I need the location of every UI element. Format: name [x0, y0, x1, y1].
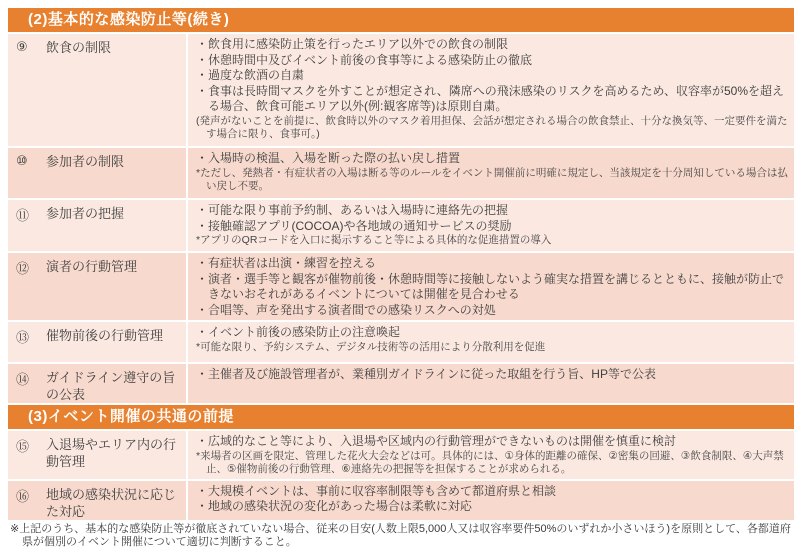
row-content: ・入場時の検温、入場を断った際の払い戻し措置 *ただし、発熱者・有症状者の入場は… [186, 148, 794, 198]
content-line: ・合唱等、声を発出する演者間での感染リスクへの対処 [196, 303, 788, 319]
content-line: ・休憩時間中及びイベント前後の食事等による感染防止の徹底 [196, 53, 788, 69]
content-line: ・主催者及び施設管理者が、業種別ガイドラインに従った取組を行う旨、HP等で公表 [196, 367, 788, 383]
table-row: ⑬ 催物前後の行動管理 ・イベント前後の感染防止の注意喚起 *可能な限り、予約シ… [8, 322, 794, 362]
row-label: 飲食の制限 [42, 34, 186, 146]
table-row: ⑫ 演者の行動管理 ・有症状者は出演・練習を控える ・演者・選手等と観客が催物前… [8, 253, 794, 320]
content-line: ・有症状者は出演・練習を控える [196, 256, 788, 272]
table-row: ⑩ 参加者の制限 ・入場時の検温、入場を断った際の払い戻し措置 *ただし、発熱者… [8, 148, 794, 198]
row-label: 演者の行動管理 [42, 253, 186, 320]
table-row: ⑮ 入退場やエリア内の行動管理 ・広域的なこと等により、入退場や区域内の行動管理… [8, 431, 794, 479]
row-number: ⑩ [8, 148, 42, 198]
row-number: ⑯ [8, 481, 42, 520]
content-note-line: (発声がないことを前提に、飲食時以外のマスク着用担保、会話が想定される場合の飲食… [196, 115, 788, 142]
row-content: ・有症状者は出演・練習を控える ・演者・選手等と観客が催物前後・休憩時間等に接触… [186, 253, 794, 320]
row-number: ⑮ [8, 431, 42, 479]
content-note-line: *可能な限り、予約システム、デジタル技術等の活用により分散利用を促進 [196, 341, 788, 355]
row-number: ⑨ [8, 34, 42, 146]
row-content: ・イベント前後の感染防止の注意喚起 *可能な限り、予約システム、デジタル技術等の… [186, 322, 794, 362]
row-label: 地域の感染状況に応じた対応 [42, 481, 186, 520]
content-line: ・大規模イベントは、事前に収容率制限等も含めて都道府県と相談 [196, 484, 788, 500]
row-number: ⑬ [8, 322, 42, 362]
content-line: ・過度な飲酒の自粛 [196, 68, 788, 84]
row-label: 参加者の制限 [42, 148, 186, 198]
row-label: ガイドライン遵守の旨の公表 [42, 364, 186, 403]
content-line: ・広域的なこと等により、入退場や区域内の行動管理ができないものは開催を慎重に検討 [196, 434, 788, 450]
row-content: ・広域的なこと等により、入退場や区域内の行動管理ができないものは開催を慎重に検討… [186, 431, 794, 479]
content-note-line: *ただし、発熱者・有症状者の入場は断る等のルールをイベント開催前に明確に規定し、… [196, 167, 788, 194]
content-line: ・接触確認アプリ(COCOA)や各地域の通知サービスの奨励 [196, 219, 788, 235]
table-row: ⑭ ガイドライン遵守の旨の公表 ・主催者及び施設管理者が、業種別ガイドラインに従… [8, 364, 794, 403]
row-content: ・飲食用に感染防止策を行ったエリア以外での飲食の制限 ・休憩時間中及びイベント前… [186, 34, 794, 146]
content-note-line: *アプリのQRコードを入口に掲示すること等による具体的な促進措置の導入 [196, 234, 788, 248]
content-line: ・飲食用に感染防止策を行ったエリア以外での飲食の制限 [196, 37, 788, 53]
table-row: ⑯ 地域の感染状況に応じた対応 ・大規模イベントは、事前に収容率制限等も含めて都… [8, 481, 794, 520]
row-label: 参加者の把握 [42, 200, 186, 251]
content-line: ・入場時の検温、入場を断った際の払い戻し措置 [196, 151, 788, 167]
content-line: ・可能な限り事前予約制、あるいは入場時に連絡先の把握 [196, 203, 788, 219]
row-content: ・可能な限り事前予約制、あるいは入場時に連絡先の把握 ・接触確認アプリ(COCO… [186, 200, 794, 251]
document: (2)基本的な感染防止等(続き) ⑨ 飲食の制限 ・飲食用に感染防止策を行ったエ… [8, 8, 794, 550]
row-number: ⑭ [8, 364, 42, 403]
row-label: 入退場やエリア内の行動管理 [42, 431, 186, 479]
row-content: ・大規模イベントは、事前に収容率制限等も含めて都道府県と相談 ・地域の感染状況の… [186, 481, 794, 520]
row-content: ・主催者及び施設管理者が、業種別ガイドラインに従った取組を行う旨、HP等で公表 [186, 364, 794, 403]
footnote: ※上記のうち、基本的な感染防止等が徹底されていない場合、従来の目安(人数上限5,… [10, 523, 794, 550]
table-row: ⑪ 参加者の把握 ・可能な限り事前予約制、あるいは入場時に連絡先の把握 ・接触確… [8, 200, 794, 251]
content-line: ・イベント前後の感染防止の注意喚起 [196, 325, 788, 341]
section-header-3: (3)イベント開催の共通の前提 [8, 405, 794, 429]
content-note-line: *来場者の区画を限定、管理した花火大会などは可。具体的には、①身体的距離の確保、… [196, 450, 788, 477]
content-line: ・地域の感染状況の変化があった場合は柔軟に対応 [196, 499, 788, 515]
content-line: ・演者・選手等と観客が催物前後・休憩時間等に接触しないよう確実な措置を講じるとと… [196, 272, 788, 303]
content-line: ・食事は長時間マスクを外すことが想定され、隣席への飛沫感染のリスクを高めるため、… [196, 84, 788, 115]
row-number: ⑫ [8, 253, 42, 320]
section-header-2: (2)基本的な感染防止等(続き) [8, 8, 794, 32]
row-label: 催物前後の行動管理 [42, 322, 186, 362]
table-row: ⑨ 飲食の制限 ・飲食用に感染防止策を行ったエリア以外での飲食の制限 ・休憩時間… [8, 34, 794, 146]
row-number: ⑪ [8, 200, 42, 251]
